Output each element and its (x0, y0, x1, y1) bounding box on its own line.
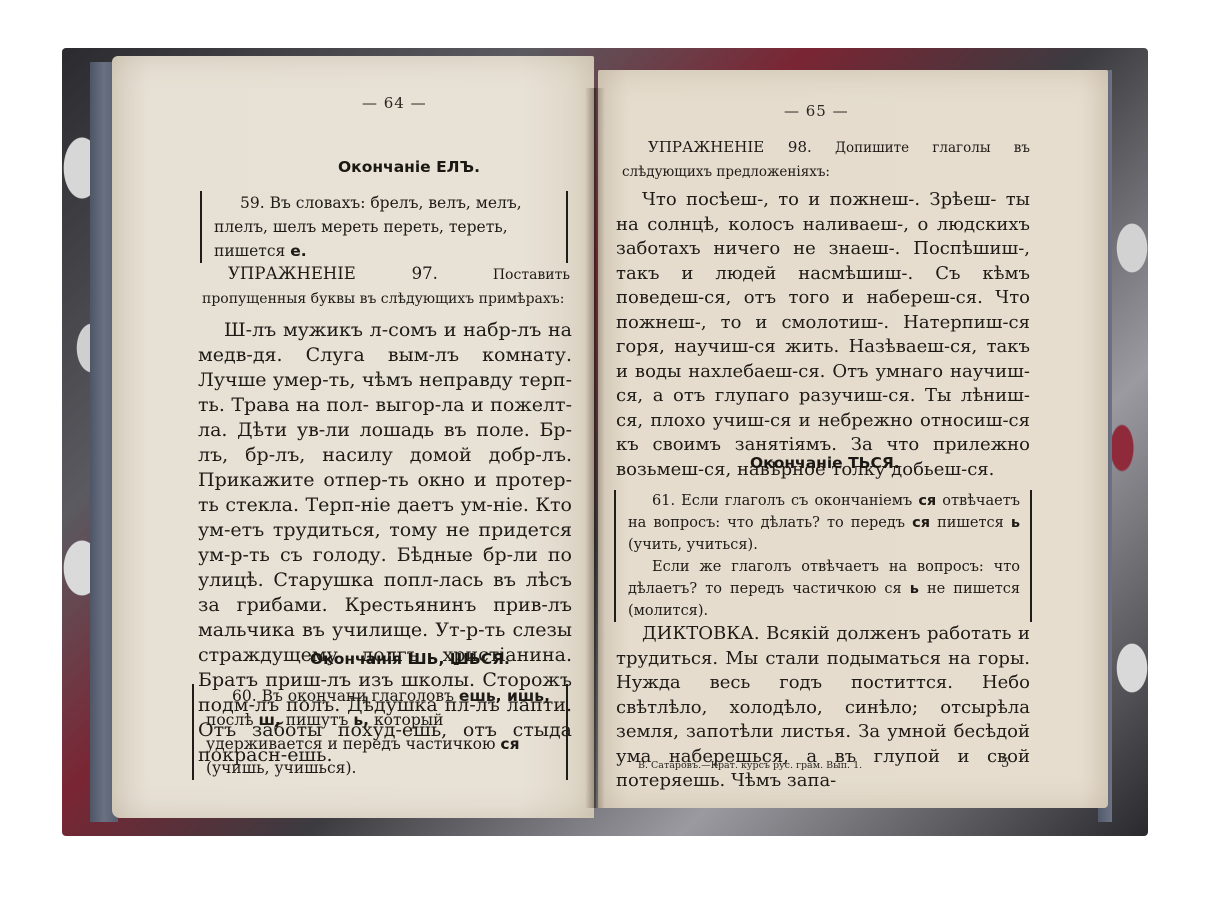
signature-mark: 5 (1001, 756, 1009, 771)
rule-61-paragraph-1: 61. Если глаголъ съ окончаніемъ ся отвѣч… (628, 490, 1020, 556)
book-spine-gutter (585, 88, 605, 808)
rule-59-number: 59. (240, 194, 265, 212)
dictation-label: ДИКТОВКА. (642, 623, 760, 644)
rule-59: 59. Въ словахъ: брелъ, велъ, мелъ, плелъ… (200, 191, 568, 263)
rule-61-text: (учить, учиться). (628, 537, 758, 553)
right-page: — 65 — УПРАЖНЕНІЕ 98. Допишите глаголы в… (598, 70, 1108, 808)
rule-59-bold-letter: е. (290, 242, 306, 260)
rule-61-bold: ь (1011, 515, 1020, 531)
rule-60-number: 60. (232, 687, 257, 705)
rule-60: 60. Въ окончани глаголовъ ешь, ишь, посл… (192, 684, 568, 780)
rule-61-bold: ь (910, 581, 919, 597)
rule-61-paragraph-2: Если же глаголъ отвѣчаетъ на вопросъ: чт… (628, 556, 1020, 622)
exercise-98-label: УПРАЖНЕНІЕ 98. (648, 138, 812, 156)
exercise-97-heading: УПРАЖНЕНІЕ 97. Поставить пропущенныя бук… (202, 262, 570, 311)
rule-60-text: Въ окончани глаголовъ (257, 687, 459, 705)
rule-60-text: пишутъ (281, 711, 353, 729)
rule-61-text: Если глаголъ съ окончаніемъ (675, 493, 918, 509)
page-number-right: — 65 — (784, 102, 849, 120)
rule-60-bold: ешь, ишь, (459, 687, 550, 705)
exercise-98-heading: УПРАЖНЕНІЕ 98. Допишите глаголы въ слѣду… (622, 136, 1030, 184)
footer-signature: В. Сатаровъ.—Крат. курсъ рус. грам. Вып.… (638, 760, 862, 771)
section-heading-el: Окончаніе ЕЛЪ. (338, 158, 480, 176)
left-page: — 64 — Окончаніе ЕЛЪ. 59. Въ словахъ: бр… (112, 56, 594, 818)
rule-61: 61. Если глаголъ съ окончаніемъ ся отвѣч… (614, 490, 1032, 622)
rule-61-bold: ся (918, 493, 936, 509)
rule-61-bold: ся (912, 515, 930, 531)
exercise-98-body: Что посѣеш-, то и пожнеш-. Зрѣеш- ты на … (616, 188, 1030, 482)
rule-60-text: послѣ (206, 711, 258, 729)
exercise-97-label: УПРАЖНЕНІЕ 97. (228, 264, 438, 283)
rule-61-text: пишется (930, 515, 1011, 531)
section-heading-sh: Окончанія ШЬ, ШЬСЯ. (310, 650, 510, 668)
rule-60-text: (учишь, учишься). (206, 759, 356, 777)
rule-60-bold: ся (500, 735, 519, 753)
section-heading-tsya: Окончаніе ТЬСЯ. (750, 454, 900, 472)
page-number-left: — 64 — (362, 94, 427, 112)
rule-60-bold: ь, (353, 711, 369, 729)
rule-61-number: 61. (652, 493, 675, 509)
rule-60-bold: ш, (258, 711, 280, 729)
